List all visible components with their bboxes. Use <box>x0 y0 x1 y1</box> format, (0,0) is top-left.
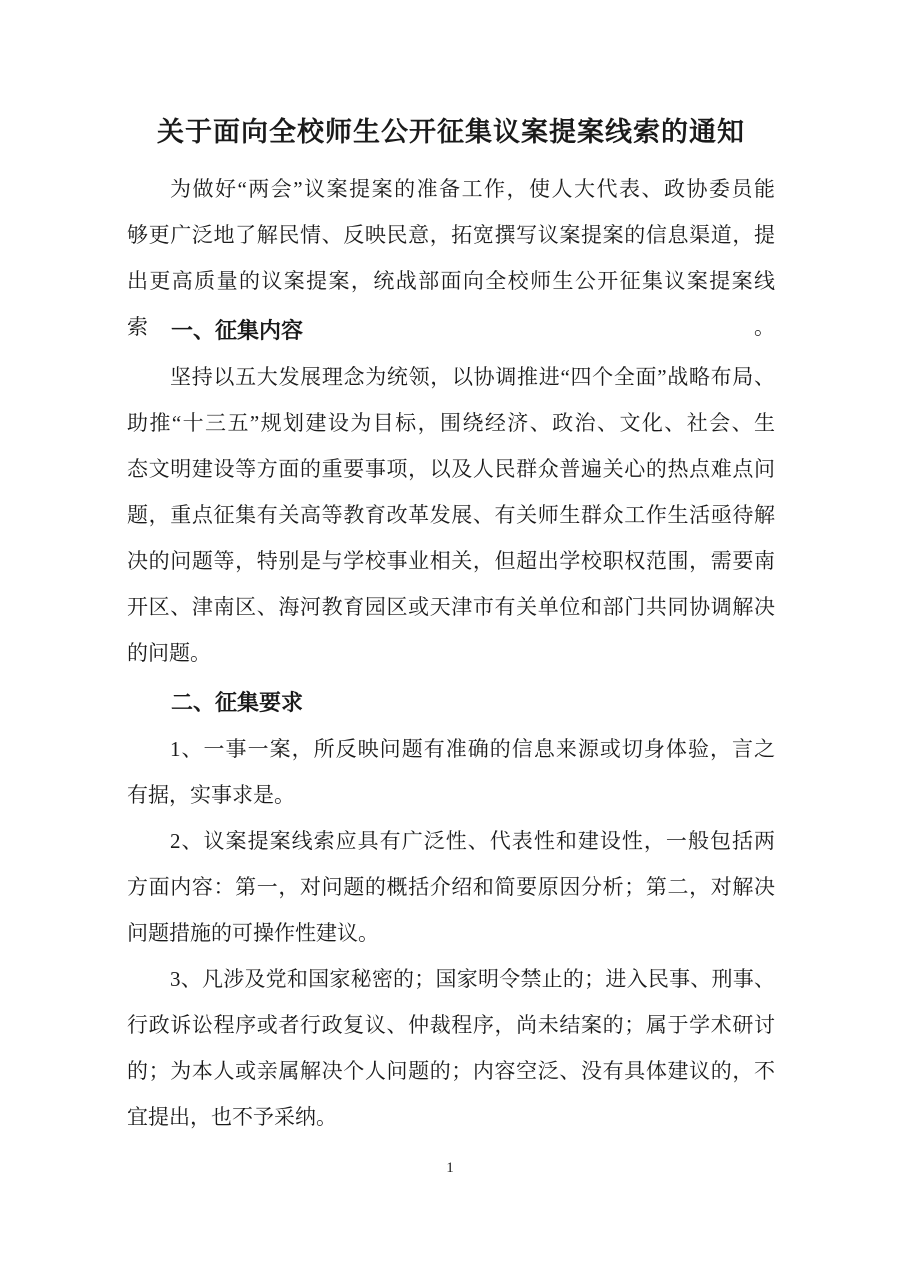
text-line: 助推“十三五”规划建设为目标，围绕经济、政治、文化、社会、生 <box>127 400 775 446</box>
document-page: 关于面向全校师生公开征集议案提案线索的通知 为做好“两会”议案提案的准备工作，使… <box>0 0 900 1272</box>
text-line: 有据，实事求是。 <box>127 772 775 818</box>
paragraph: 坚持以五大发展理念为统领，以协调推进“四个全面”战略布局、 助推“十三五”规划建… <box>127 354 775 676</box>
page-number: 1 <box>0 1156 900 1180</box>
text-line: 够更广泛地了解民情、反映民意，拓宽撰写议案提案的信息渠道，提 <box>127 212 775 258</box>
text-line: 方面内容：第一，对问题的概括介绍和简要原因分析；第二，对解决 <box>127 864 775 910</box>
section-heading: 二、征集要求 <box>127 680 775 726</box>
paragraph: 1、一事一案，所反映问题有准确的信息来源或切身体验，言之 有据，实事求是。 <box>127 726 775 818</box>
text-line: 开区、津南区、海河教育园区或天津市有关单位和部门共同协调解决 <box>127 584 775 630</box>
text-line: 出更高质量的议案提案，统战部面向全校师生公开征集议案提案线索。 <box>127 258 775 304</box>
text-line: 3、凡涉及党和国家秘密的；国家明令禁止的；进入民事、刑事、 <box>127 956 775 1002</box>
paragraph: 为做好“两会”议案提案的准备工作，使人大代表、政协委员能 够更广泛地了解民情、反… <box>127 166 775 304</box>
text-line: 决的问题等，特别是与学校事业相关，但超出学校职权范围，需要南 <box>127 538 775 584</box>
text-line: 题，重点征集有关高等教育改革发展、有关师生群众工作生活亟待解 <box>127 492 775 538</box>
text-line: 1、一事一案，所反映问题有准确的信息来源或切身体验，言之 <box>127 726 775 772</box>
text-line: 2、议案提案线索应具有广泛性、代表性和建设性，一般包括两 <box>127 818 775 864</box>
text-line: 坚持以五大发展理念为统领，以协调推进“四个全面”战略布局、 <box>127 354 775 400</box>
paragraph: 2、议案提案线索应具有广泛性、代表性和建设性，一般包括两 方面内容：第一，对问题… <box>127 818 775 956</box>
text-line: 行政诉讼程序或者行政复议、仲裁程序，尚未结案的；属于学术研讨 <box>127 1002 775 1048</box>
text-line: 问题措施的可操作性建议。 <box>127 910 775 956</box>
text-line: 态文明建设等方面的重要事项，以及人民群众普遍关心的热点难点问 <box>127 446 775 492</box>
text-line: 的；为本人或亲属解决个人问题的；内容空泛、没有具体建议的，不 <box>127 1048 775 1094</box>
text-line: 为做好“两会”议案提案的准备工作，使人大代表、政协委员能 <box>127 166 775 212</box>
document-title: 关于面向全校师生公开征集议案提案线索的通知 <box>127 112 775 152</box>
text-line: 的问题。 <box>127 630 775 676</box>
document-content: 关于面向全校师生公开征集议案提案线索的通知 为做好“两会”议案提案的准备工作，使… <box>127 112 775 1140</box>
text-line: 宜提出，也不予采纳。 <box>127 1094 775 1140</box>
paragraph: 3、凡涉及党和国家秘密的；国家明令禁止的；进入民事、刑事、 行政诉讼程序或者行政… <box>127 956 775 1140</box>
